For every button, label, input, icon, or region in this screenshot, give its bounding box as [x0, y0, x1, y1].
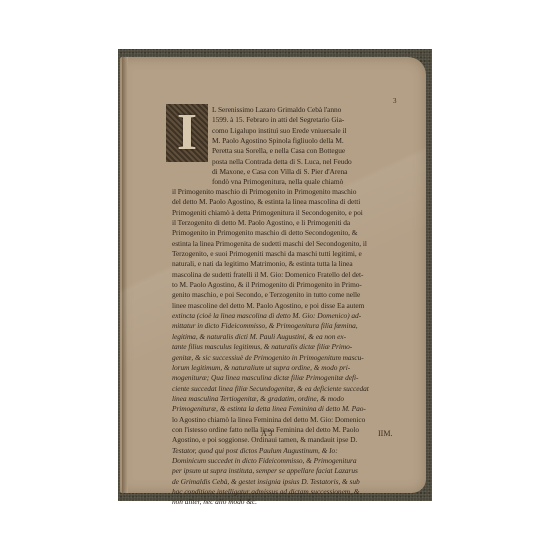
text-line: Primogenito in Primogenito maschio di de…	[172, 228, 408, 238]
text-line: M. Paolo Agostino Spinola figliuolo dell…	[212, 136, 408, 146]
signature-mark: A 3	[261, 429, 272, 438]
drop-cap-letter: I	[177, 107, 197, 159]
text-line: to M. Paolo Agostino, & il Primogenito d…	[172, 280, 408, 290]
text-line: Primogenituræ, & estinta la detta linea …	[172, 404, 408, 414]
text-line: extincta (cioè la linea mascolina di det…	[172, 311, 408, 321]
text-line: Peretta sua Sorella, e nella Casa con Bo…	[212, 146, 408, 156]
text-line: genito maschio, e poi Secondo, e Terzoge…	[172, 290, 408, 300]
text-line: Dominicum succedet in dicto Fideicommiss…	[172, 456, 408, 466]
text-line: estinta la linea Primogenita de sudetti …	[172, 239, 408, 249]
text-line: naturali, e nati da legitimo Matrimonio,…	[172, 259, 408, 269]
text-line: Agostino, e poi soggionse. Ordinaui tame…	[172, 435, 408, 445]
text-line: mittatur in dicto Fideicommisso, & Primo…	[172, 321, 408, 331]
text-line: L Serenissimo Lazaro Grimaldo Cebà l'ann…	[212, 105, 408, 115]
text-line: il Primogenito maschio di Primogenito in…	[172, 187, 408, 197]
text-line: per ipsum ut supra instituta, semper se …	[172, 466, 408, 476]
text-line: linee mascoline del detto M. Paolo Agost…	[172, 301, 408, 311]
text-line: del detto M. Paolo Agostino, & estinta l…	[172, 197, 408, 207]
body-paragraph: il Primogenito maschio di Primogenito in…	[172, 187, 408, 508]
text-line: il Terzogenito di detto M. Paolo Agostin…	[172, 218, 408, 228]
text-line: non aliter, nec alio modo &c.	[172, 497, 408, 507]
text-line: con l'istesso ordine fatto nella linea F…	[172, 425, 408, 435]
text-line: tante filius masculus legitimus, & natur…	[172, 342, 408, 352]
text-line: Primogeniti chiamò à detta Primogenitura…	[172, 208, 408, 218]
page-number: 3	[393, 97, 397, 105]
text-line: genitæ, & sic successiuè de Primogenito …	[172, 353, 408, 363]
text-line: Testator, quod qui post dictos Paulum Au…	[172, 446, 408, 456]
text-line: 1599. à 15. Febraro in atti del Segretar…	[212, 115, 408, 125]
opening-paragraph: L Serenissimo Lazaro Grimaldo Cebà l'ann…	[212, 105, 408, 188]
text-line: de Grimaldis Cebà, & gestet insignia ips…	[172, 477, 408, 487]
text-line: mogenituræ; Qua linea masculina dictæ fi…	[172, 373, 408, 383]
text-line: di Maxone, e Casa con Villa di S. Pier d…	[212, 167, 408, 177]
text-line: como Ligalupo instituì suo Erede vniuers…	[212, 126, 408, 136]
text-line: linea masculina Tertiogenitæ, & gradatim…	[172, 394, 408, 404]
text-line: legitima, & naturalis dicti M. Pauli Aug…	[172, 332, 408, 342]
text-line: hac conditione intelligatur admissus ad …	[172, 487, 408, 497]
text-line: lo Agostino chiamò la linea Feminina del…	[172, 415, 408, 425]
text-line: posta nella Contrada detta di S. Luca, n…	[212, 157, 408, 167]
catchword: IIM.	[378, 429, 392, 438]
text-line: lorum legitimum, & naturalium ut supra o…	[172, 363, 408, 373]
text-line: Terzogenito, e suoi Primogeniti maschi d…	[172, 249, 408, 259]
text-line: mascolina de sudetti fratelli il M. Gio:…	[172, 270, 408, 280]
decorated-drop-cap: I	[166, 104, 208, 162]
text-line: ciente succedat linea filiæ Secundogenit…	[172, 384, 408, 394]
